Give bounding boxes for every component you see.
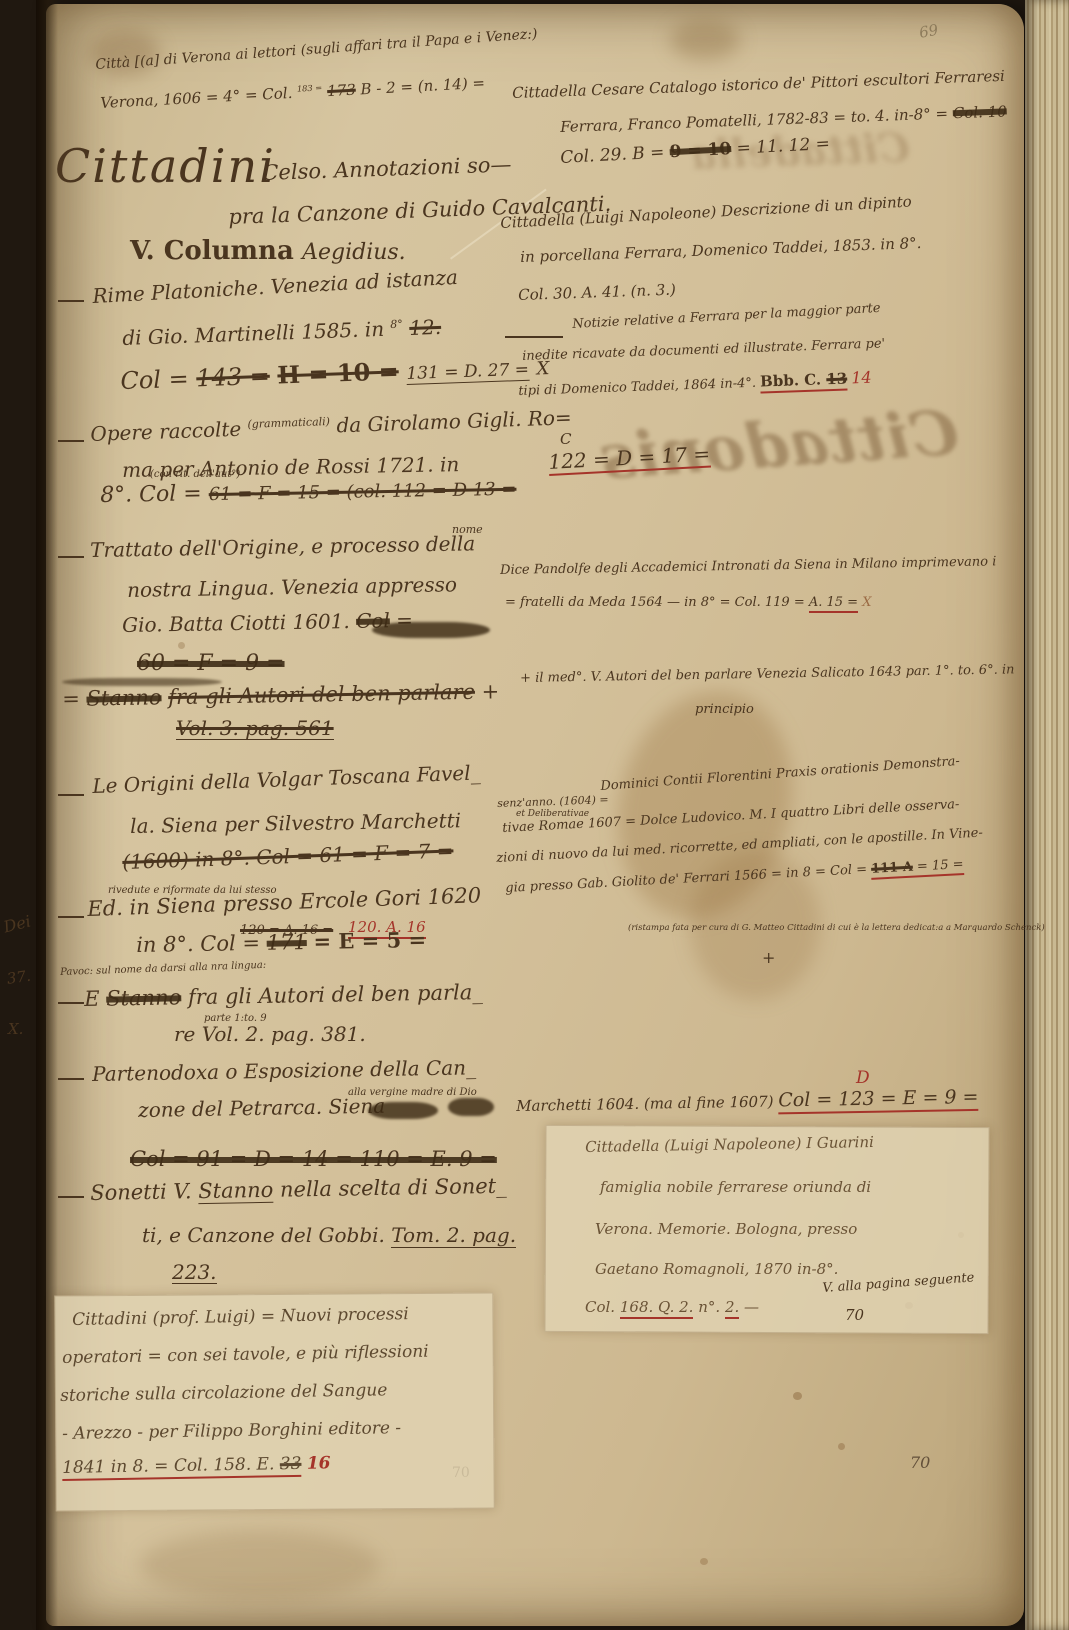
shelf-pre: in 8°. Col = [136, 931, 260, 957]
entry-dash [58, 300, 84, 302]
notizie-shelf: Bbb. C. [760, 370, 822, 390]
shelf-red-underlined: 168. Q. 2. [620, 1298, 694, 1319]
entry-origini-line2: la. Siena per Silvestro Marchetti [130, 810, 461, 837]
top-note-struck: 173 [327, 81, 357, 100]
stanno2-text: fra gli Autori del ben parla_ [188, 980, 483, 1009]
shelf-struck: 143 = [196, 362, 270, 393]
margin-fragment: X. [8, 1022, 23, 1038]
notizie-struck: 13 [826, 370, 847, 389]
entry-sonetti-line2: ti, e Canzone del Gobbi. Tom. 2. pag. [142, 1225, 516, 1246]
foxing-spot [700, 1558, 708, 1565]
entry-edsiena-reprint-note: (ristampa fata per cura di G. Matteo Cit… [628, 924, 1045, 933]
shelf-pre: Col. [585, 1298, 615, 1316]
partenodoxa-imprint: Marchetti 1604. (ma al fine 1607) [516, 1093, 774, 1115]
ink-scribble [368, 1102, 438, 1119]
folio-number-top: 69 [918, 23, 940, 42]
entry-partenodoxa-red-sup: D [856, 1070, 870, 1088]
shelf-pre: 1841 in 8. = Col. 158. E. [62, 1454, 275, 1478]
stain [670, 20, 740, 60]
stain [140, 1530, 380, 1600]
entry-dash [58, 1002, 84, 1004]
cross-ref-name: V. Columna [130, 236, 294, 266]
entry-dash [58, 1196, 84, 1198]
intronati-imprint: = fratelli da Meda 1564 — in 8° = Col. 1… [505, 595, 805, 610]
foxing-spot [838, 1443, 845, 1450]
sonetti-text: nella scelta di Sonet_ [280, 1174, 507, 1202]
manuscript-scan: Cittadonis Cittadella Dei 37. X. 69 70 7… [0, 0, 1069, 1630]
shelf-new: 131 = D. 27 = [406, 360, 529, 385]
entry-partenodoxa-shelf-struck: Col = 91 = D = 14 = 110 = E. 9 = [130, 1148, 497, 1170]
note-intronati-line2: = fratelli da Meda 1564 — in 8° = Col. 1… [505, 596, 872, 610]
shelf-mid: n°. [698, 1298, 720, 1316]
stanno2-pre: E [84, 987, 100, 1011]
intronati-shelf: A. 15 = [809, 595, 858, 613]
entry-dash [58, 916, 84, 918]
stanno2-scribbled: Stanno [106, 985, 181, 1010]
partenodoxa-shelf: Col = 123 = E = 9 = [778, 1086, 979, 1114]
previous-page-sliver [0, 22, 40, 1630]
ditto-dash [505, 336, 563, 338]
shelf-struck: 9 = 10 [669, 139, 732, 162]
folio-number-bottom: 70 [910, 1455, 930, 1472]
entry-sonetti-page: 223. [172, 1262, 217, 1284]
contii-struck: 111 A [871, 860, 913, 877]
entry-dash [58, 556, 84, 558]
top-note-correction: 183 = [297, 82, 323, 93]
contii-new: = 15 = [917, 857, 964, 874]
margin-fragment: 37. [6, 969, 32, 988]
sonetti-text2: ti, e Canzone del Gobbi. [142, 1223, 385, 1247]
rime-format-struck: 12. [409, 315, 442, 340]
fore-edge-page-stack [1025, 0, 1069, 1630]
foxing-spot [793, 1392, 802, 1400]
rime-format-correction: 8° [390, 318, 403, 331]
stanno1-plus: + [481, 679, 499, 703]
trattato-imprint: Gio. Batta Ciotti 1601. [122, 609, 350, 637]
shelf-dash: — [744, 1298, 759, 1316]
notizie-red-correction: 14 [851, 368, 872, 388]
slip-guarini-line2: famiglia nobile ferrarese oriunda di [600, 1180, 871, 1196]
slip-guarini-see-num: 70 [845, 1308, 864, 1324]
entry-stanno2-line2: re Vol. 2. pag. 381. [174, 1024, 366, 1045]
cesare-struck: Col. 10 [953, 102, 1008, 122]
slip-borghini-shelfmark: 1841 in 8. = Col. 158. E. 33 16 [62, 1455, 331, 1478]
entry-partenodoxa-line2: zone del Petrarca. Siena [138, 1096, 385, 1121]
entry-heading-surname: Cittadini [55, 142, 276, 190]
stanno1-scribbled: Stanno [86, 685, 161, 710]
entry-trattato-shelf-struck: 60 = F = 9 = [137, 652, 285, 675]
shelf-red-correction: 16 [307, 1453, 331, 1473]
entry-edsiena-shelfmark: in 8°. Col = 171 = E = 5 = [136, 929, 426, 956]
entry-trattato-line2: nostra Lingua. Venezia appresso [127, 574, 457, 601]
entry-edsiena-plus: + [762, 950, 775, 967]
slip-guarini-shelfmark: Col. 168. Q. 2. n°. 2. — [585, 1300, 759, 1316]
entry-trattato-line3: Gio. Batta Ciotti 1601. Col = [122, 610, 413, 636]
slip-guarini-line4: Gaetano Romagnoli, 1870 in-8°. [595, 1262, 838, 1278]
slip-guarini-line3: Verona. Memorie. Bologna, presso [595, 1222, 857, 1238]
shelf-pre: 8°. Col = [100, 481, 202, 508]
cross-ref-given: Aegidius. [302, 240, 406, 265]
shelf-struck-bold: H = 10 = [277, 356, 399, 389]
shelf-red-underlined2: 2. [725, 1298, 739, 1319]
sonetti-underlined: Stanno [198, 1178, 273, 1204]
entry-stanno1-vol: Vol. 3. pag. 561 [176, 718, 334, 740]
entry-dash [58, 1078, 84, 1080]
shelf-new: = E = 5 = [313, 927, 426, 954]
shelf-pre: Col = [120, 365, 189, 395]
stanno1-eq: = [62, 687, 80, 711]
entry-dash [58, 440, 84, 442]
sonetti-title: Sonetti V. [90, 1179, 192, 1205]
ink-scribble [372, 622, 490, 638]
entry-dash [58, 794, 84, 796]
sonetti-underlined2: Tom. 2. pag. [391, 1223, 516, 1248]
ink-scribble [448, 1098, 494, 1116]
entry-opere-note: (con rit. dell'aut°) [150, 470, 240, 481]
entry-opere-shelf-correction-sup: C [560, 432, 571, 448]
shelf-struck: 171 [266, 930, 307, 955]
cross-reference: V. Columna Aegidius. [130, 238, 406, 265]
foxing-spot [178, 642, 185, 649]
shelf-struck: 33 [280, 1454, 302, 1474]
opere-insertion: (grammaticali) [247, 415, 330, 431]
intronati-x-mark: X [862, 595, 871, 610]
note-ben-parlare-line2: principio [695, 703, 754, 717]
